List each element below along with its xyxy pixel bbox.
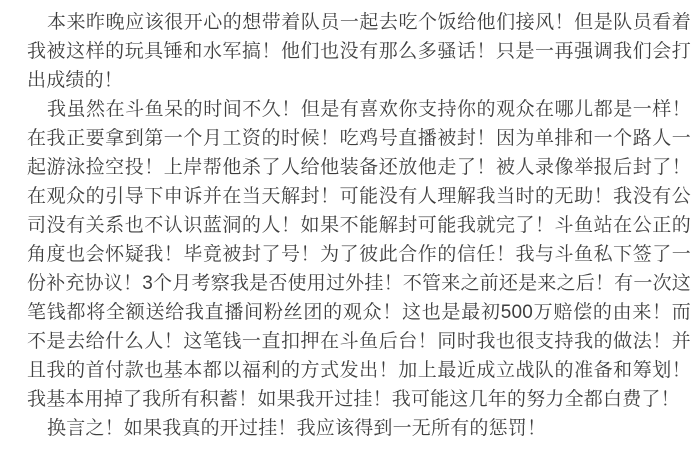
article-text-block: 本来昨晚应该很开心的想带着队员一起去吃个饭给他们接风！但是队员看着我被这样的玩具…: [0, 0, 700, 443]
paragraph-2: 我虽然在斗鱼呆的时间不久！但是有喜欢你支持你的观众在哪儿都是一样！在我正要拿到第…: [27, 95, 691, 414]
paragraph-1: 本来昨晚应该很开心的想带着队员一起去吃个饭给他们接风！但是队员看着我被这样的玩具…: [27, 8, 691, 95]
paragraph-3: 换言之！如果我真的开过挂！我应该得到一无所有的惩罚！: [27, 414, 691, 443]
